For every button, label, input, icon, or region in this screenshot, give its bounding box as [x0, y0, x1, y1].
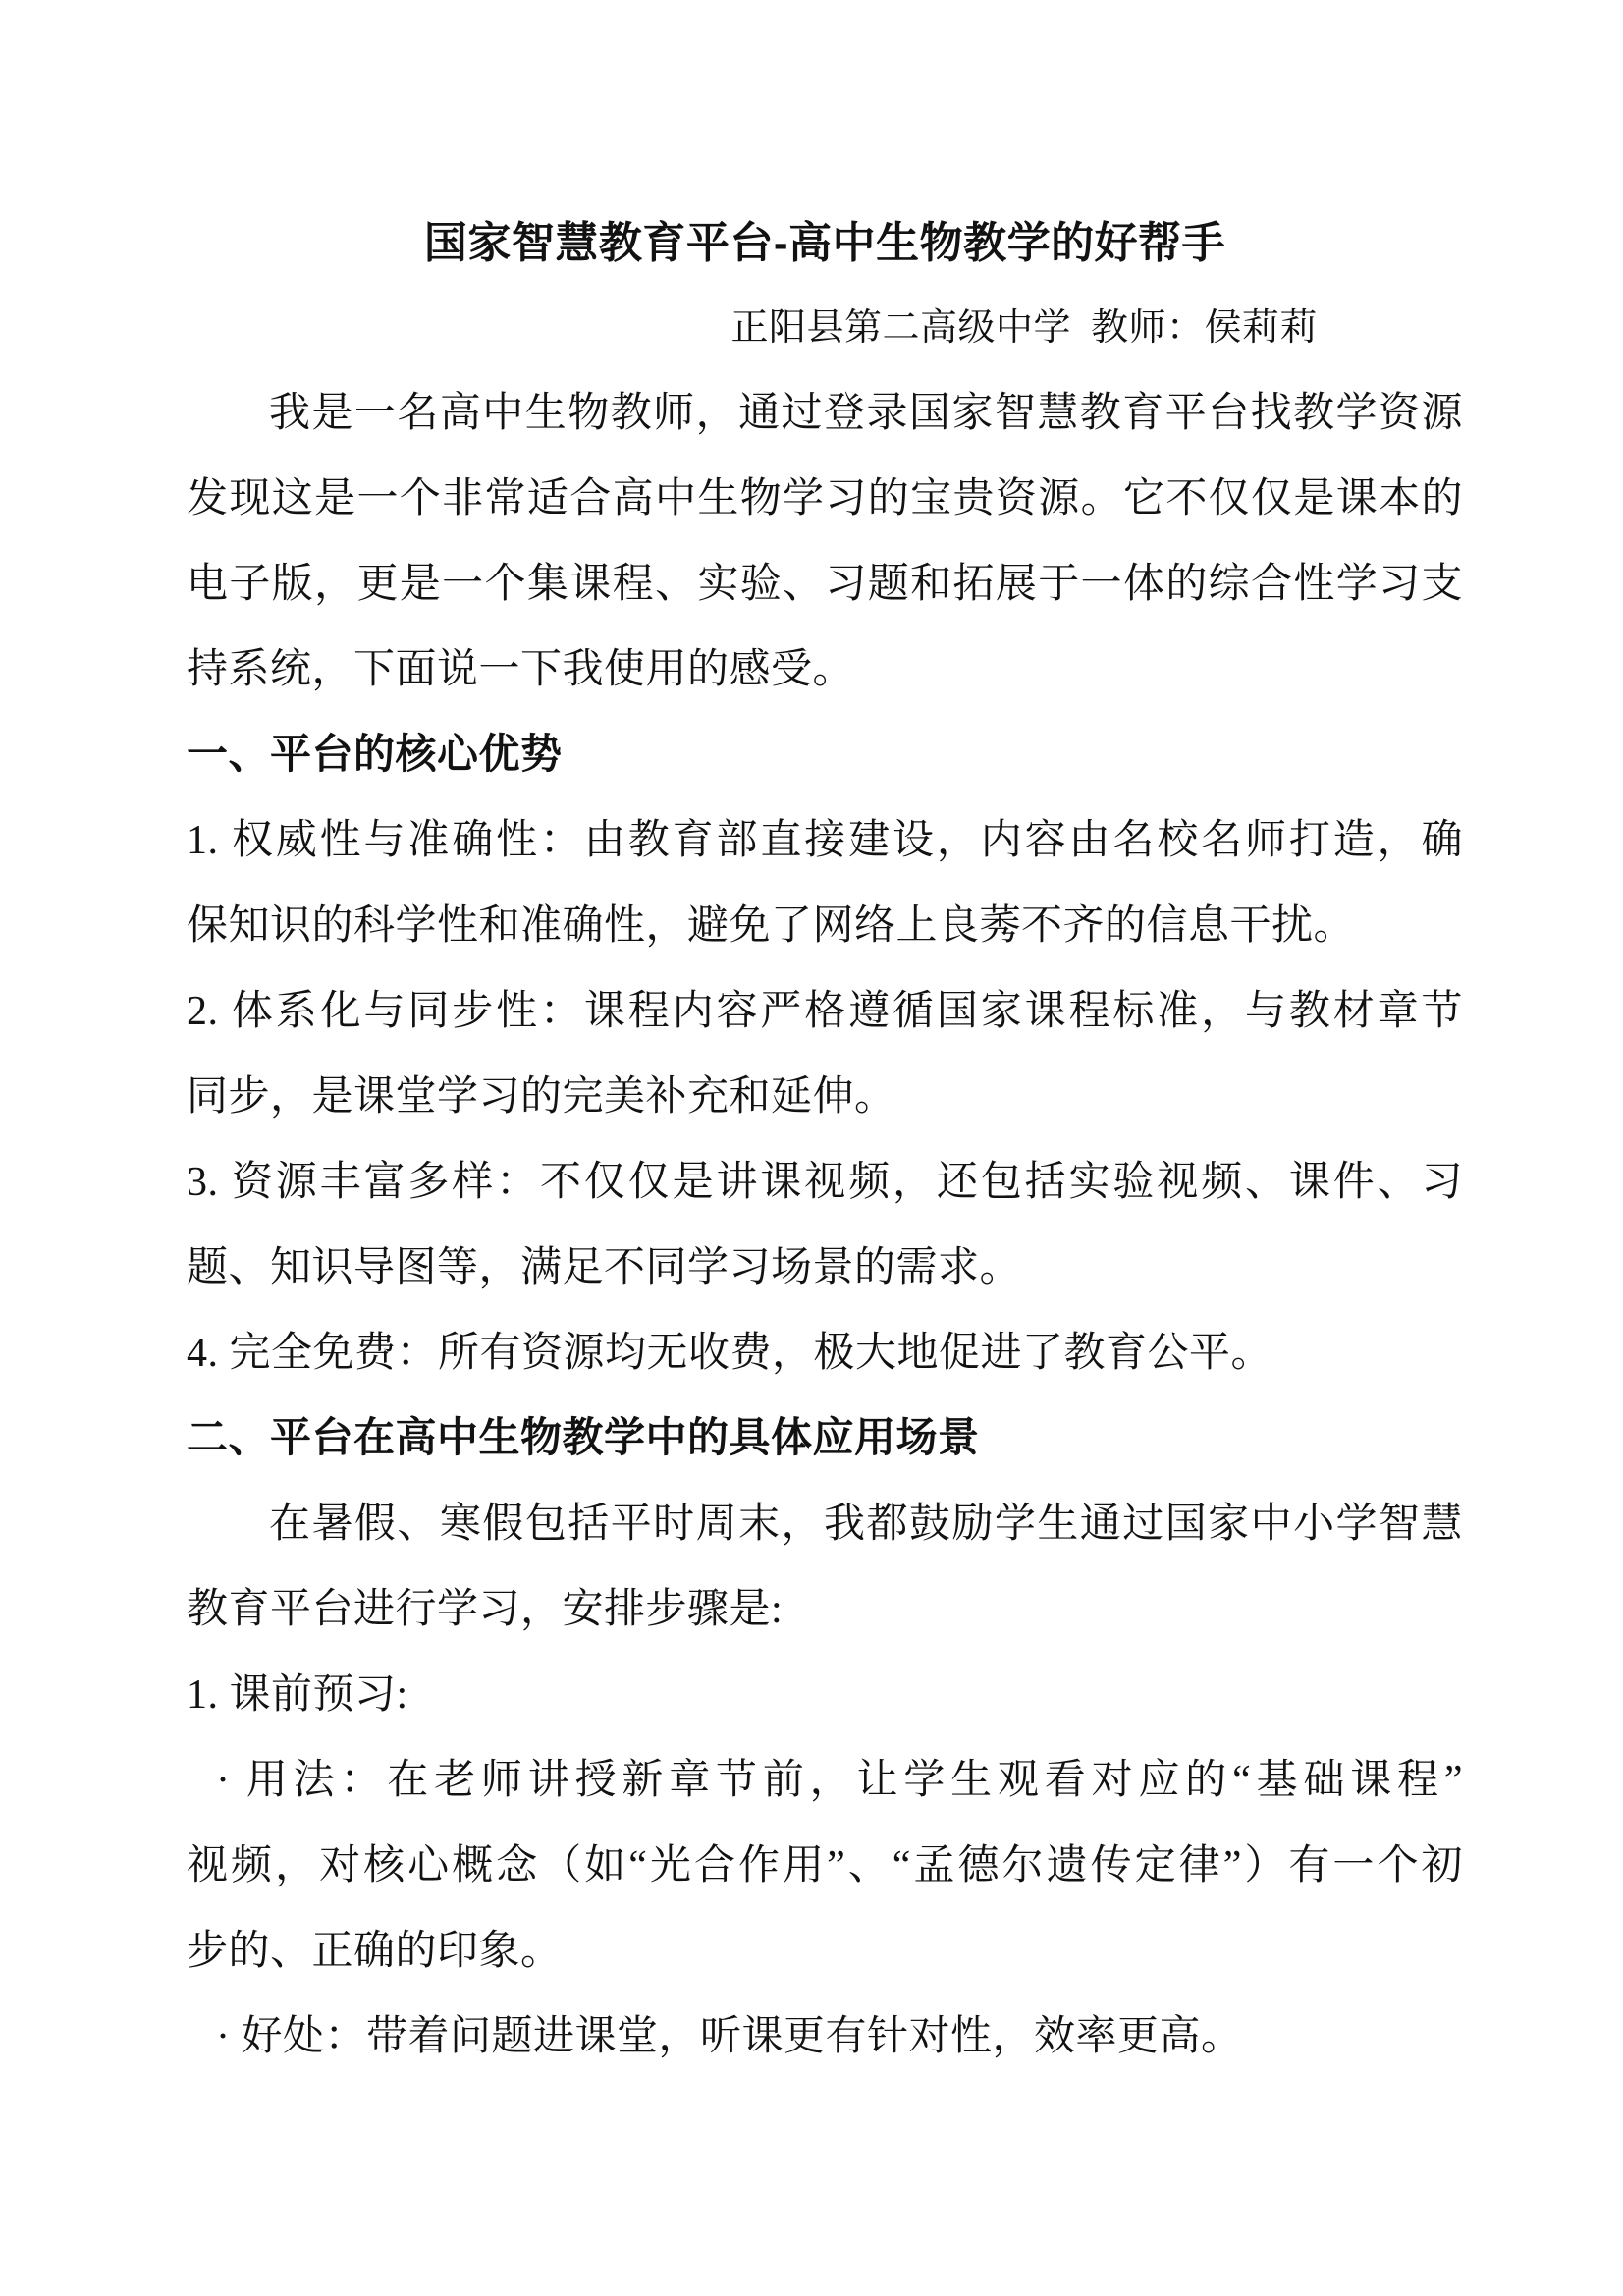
section2-intro-line: 教育平台进行学习，安排步骤是: — [187, 1567, 1463, 1653]
section2-step1-label: 1. 课前预习: — [187, 1653, 1463, 1738]
bullet-usage-line: 视频，对核心概念（如“光合作用”、“孟德尔遗传定律”）有一个初 — [187, 1824, 1463, 1909]
page-title: 国家智慧教育平台-高中生物教学的好帮手 — [187, 200, 1463, 286]
bullet-usage-line: 步的、正确的印象。 — [187, 1909, 1463, 1995]
document-page: 国家智慧教育平台-高中生物教学的好帮手 正阳县第二高级中学 教师：侯莉莉 我是一… — [0, 0, 1623, 2296]
section1-item2-line: 2. 体系化与同步性：课程内容严格遵循国家课程标准，与教材章节 — [187, 969, 1463, 1055]
section1-item1-line: 1. 权威性与准确性：由教育部直接建设，内容由名校名师打造，确 — [187, 798, 1463, 884]
section1-item2-line: 同步，是课堂学习的完美补充和延伸。 — [187, 1055, 1463, 1140]
section1-heading: 一、平台的核心优势 — [187, 713, 1463, 798]
intro-paragraph-line: 我是一名高中生物教师，通过登录国家智慧教育平台找教学资源 — [187, 371, 1463, 457]
bullet-benefit-line: · 好处：带着问题进课堂，听课更有针对性，效率更高。 — [187, 1995, 1463, 2080]
section2-intro-line: 在暑假、寒假包括平时周末，我都鼓励学生通过国家中小学智慧 — [187, 1482, 1463, 1567]
section1-item3-line: 3. 资源丰富多样：不仅仅是讲课视频，还包括实验视频、课件、习 — [187, 1140, 1463, 1226]
bullet-usage-line: · 用法：在老师讲授新章节前，让学生观看对应的“基础课程” — [187, 1738, 1463, 1824]
author-byline: 正阳县第二高级中学 教师：侯莉莉 — [187, 286, 1463, 371]
document-content: 国家智慧教育平台-高中生物教学的好帮手 正阳县第二高级中学 教师：侯莉莉 我是一… — [187, 200, 1463, 2080]
intro-paragraph-line: 持系统，下面说一下我使用的感受。 — [187, 628, 1463, 713]
section2-heading: 二、平台在高中生物教学中的具体应用场景 — [187, 1396, 1463, 1482]
intro-paragraph-line: 电子版，更是一个集课程、实验、习题和拓展于一体的综合性学习支 — [187, 542, 1463, 628]
section1-item3-line: 题、知识导图等，满足不同学习场景的需求。 — [187, 1226, 1463, 1311]
intro-paragraph-line: 发现这是一个非常适合高中生物学习的宝贵资源。它不仅仅是课本的 — [187, 457, 1463, 542]
section1-item4-line: 4. 完全免费：所有资源均无收费，极大地促进了教育公平。 — [187, 1311, 1463, 1396]
section1-item1-line: 保知识的科学性和准确性，避免了网络上良莠不齐的信息干扰。 — [187, 884, 1463, 969]
